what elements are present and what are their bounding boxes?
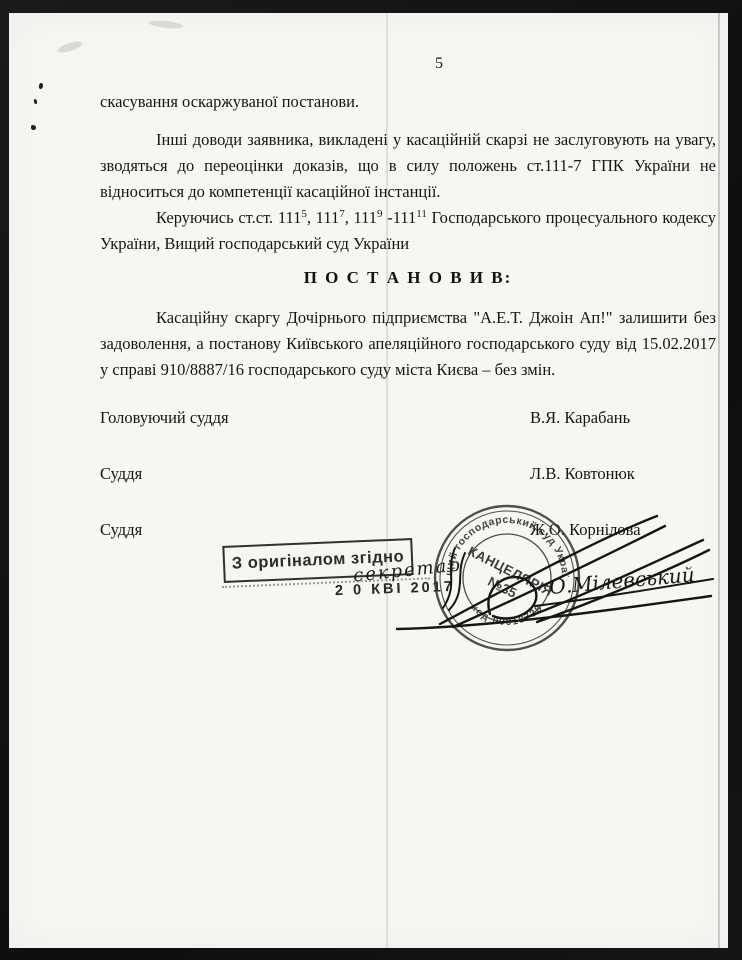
paragraph-arguments: Інші доводи заявника, викладені у касаці…	[100, 127, 716, 205]
signatory-role: Головуючий суддя	[100, 405, 229, 431]
paragraph-resolution: Касаційну скаргу Дочірнього підприємства…	[100, 305, 716, 383]
signature-loop	[488, 577, 536, 618]
signatory-role: Суддя	[100, 517, 142, 543]
legal-basis-prefix: Керуючись ст.ст. 111	[156, 208, 301, 227]
scan-smudge	[149, 19, 184, 30]
scanned-document: 5 скасування оскаржуваної постанови. Інш…	[0, 0, 742, 960]
signatory-row: Головуючий суддя В.Я. Карабань	[100, 405, 716, 431]
scan-smudge	[56, 39, 83, 55]
signatory-role: Суддя	[100, 461, 142, 487]
signatory-row: Суддя Л.В. Ковтонюк	[100, 461, 716, 487]
ink-speck	[31, 125, 36, 130]
paragraph-continuation: скасування оскаржуваної постанови.	[100, 89, 716, 115]
page-edge-shadow	[718, 13, 720, 948]
legal-basis-mid: , 111	[345, 208, 377, 227]
ink-speck	[34, 99, 38, 104]
secretary-paraph	[443, 548, 455, 608]
signatory-name: В.Я. Карабань	[530, 405, 630, 431]
signature-baseline-stroke	[397, 596, 711, 629]
ink-speck	[38, 83, 43, 90]
resolution-heading: П О С Т А Н О В И В:	[100, 265, 716, 291]
legal-basis-mid: -111	[383, 208, 417, 227]
paragraph-legal-basis: Керуючись ст.ст. 1115, 1117, 1119 -11111…	[100, 205, 716, 257]
page-number: 5	[409, 55, 469, 73]
article-superscript: 11	[416, 208, 427, 220]
document-page: 5 скасування оскаржуваної постанови. Інш…	[9, 13, 728, 948]
handwritten-signature: О.Мілевський	[385, 496, 717, 648]
signatory-name: Л.В. Ковтонюк	[530, 461, 635, 487]
legal-basis-mid: , 111	[307, 208, 339, 227]
